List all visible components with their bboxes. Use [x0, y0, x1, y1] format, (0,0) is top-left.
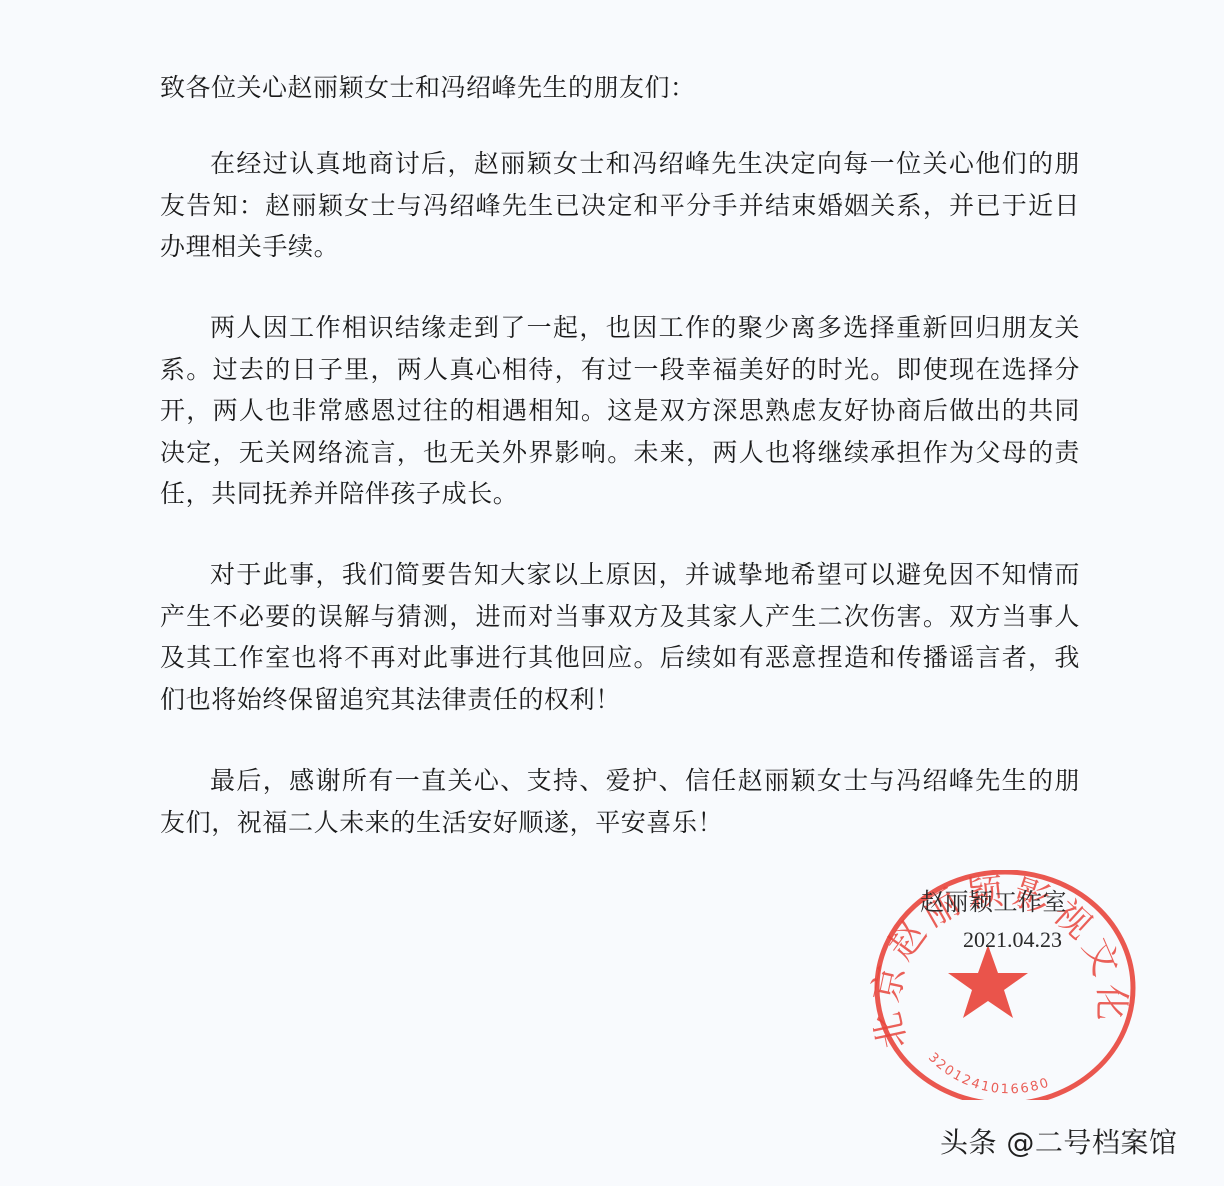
signature-date: 2021.04.23: [963, 927, 1062, 953]
paragraph-2: 两人因工作相识结缘走到了一起，也因工作的聚少离多选择重新回归朋友关系。过去的日子…: [160, 307, 1080, 515]
salutation: 致各位关心赵丽颖女士和冯绍峰先生的朋友们：: [160, 68, 696, 104]
paragraph-4: 最后，感谢所有一直关心、支持、爱护、信任赵丽颖女士与冯绍峰先生的朋友们，祝福二人…: [160, 760, 1080, 843]
watermark: 头条 @二号档案馆: [940, 1121, 1177, 1161]
document-page: 致各位关心赵丽颖女士和冯绍峰先生的朋友们： 在经过认真地商讨后，赵丽颖女士和冯绍…: [0, 0, 1224, 1186]
paragraph-1: 在经过认真地商讨后，赵丽颖女士和冯绍峰先生决定向每一位关心他们的朋友告知：赵丽颖…: [160, 143, 1080, 268]
paragraph-3: 对于此事，我们简要告知大家以上原因，并诚挚地希望可以避免因不知情而产生不必要的误…: [160, 554, 1080, 720]
signature: 赵丽颖工作室: [920, 882, 1067, 917]
red-star-icon: [948, 945, 1028, 1018]
